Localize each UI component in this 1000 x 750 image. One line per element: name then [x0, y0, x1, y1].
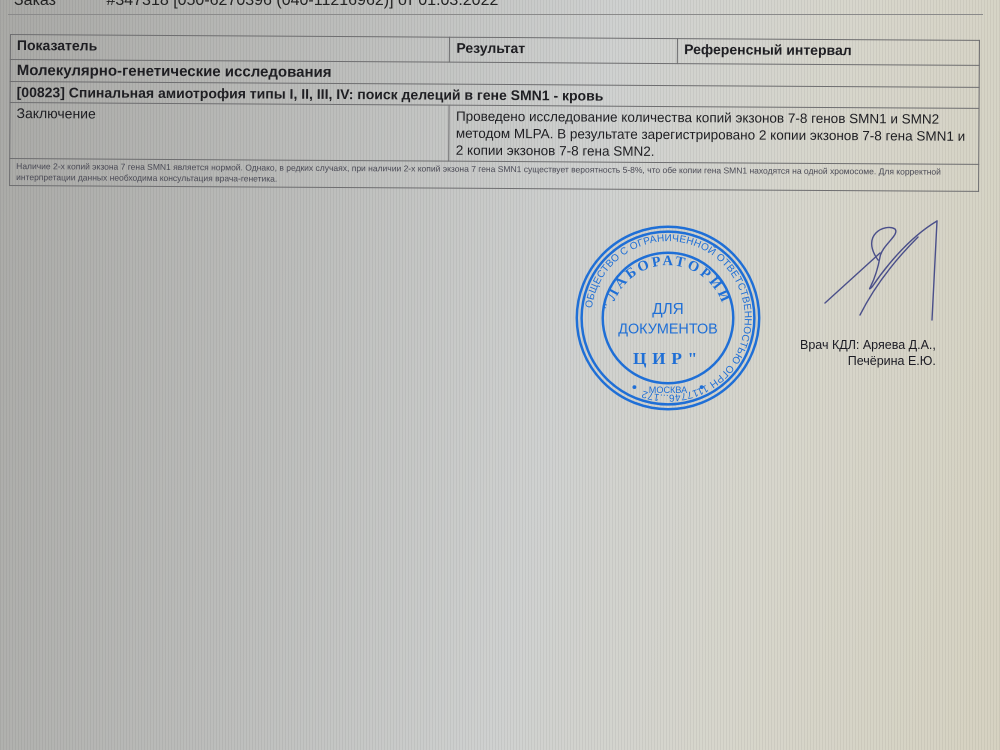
conclusion-row: Заключение Проведено исследование количе… — [10, 103, 979, 165]
svg-text:МОСКВА: МОСКВА — [649, 385, 688, 395]
order-line: Заказ #347318 [050-6270396 (040-11216962… — [14, 0, 498, 10]
header-reference: Референсный интервал — [678, 39, 980, 66]
svg-text:ДОКУМЕНТОВ: ДОКУМЕНТОВ — [618, 321, 718, 337]
conclusion-label: Заключение — [10, 103, 450, 162]
note-row: Наличие 2-х копий экзона 7 гена SMN1 явл… — [10, 159, 979, 192]
order-value: #347318 [050-6270396 (040-11216962)] от … — [106, 0, 498, 9]
doctor-line-1: Врач КДЛ: Аряева Д.А., — [800, 337, 936, 353]
doctor-line-2: Печёрина Е.Ю. — [800, 353, 936, 369]
divider — [8, 14, 983, 15]
header-result: Результат — [450, 37, 678, 63]
interpretation-note: Наличие 2-х копий экзона 7 гена SMN1 явл… — [10, 159, 979, 192]
order-label: Заказ — [14, 0, 102, 10]
doctor-signature-block: Врач КДЛ: Аряева Д.А., Печёрина Е.Ю. — [800, 337, 936, 369]
conclusion-value: Проведено исследование количества копий … — [449, 105, 979, 164]
svg-text:ДЛЯ: ДЛЯ — [652, 301, 684, 318]
svg-text:ЦИР": ЦИР" — [633, 349, 703, 368]
signature-icon — [820, 215, 970, 325]
stamp-seal-icon: ОБЩЕСТВО С ОГРАНИЧЕННОЙ ОТВЕТСТВЕННОСТЬЮ… — [572, 222, 764, 414]
header-indicator: Показатель — [10, 35, 450, 63]
results-table: Показатель Результат Референсный интерва… — [9, 34, 980, 192]
